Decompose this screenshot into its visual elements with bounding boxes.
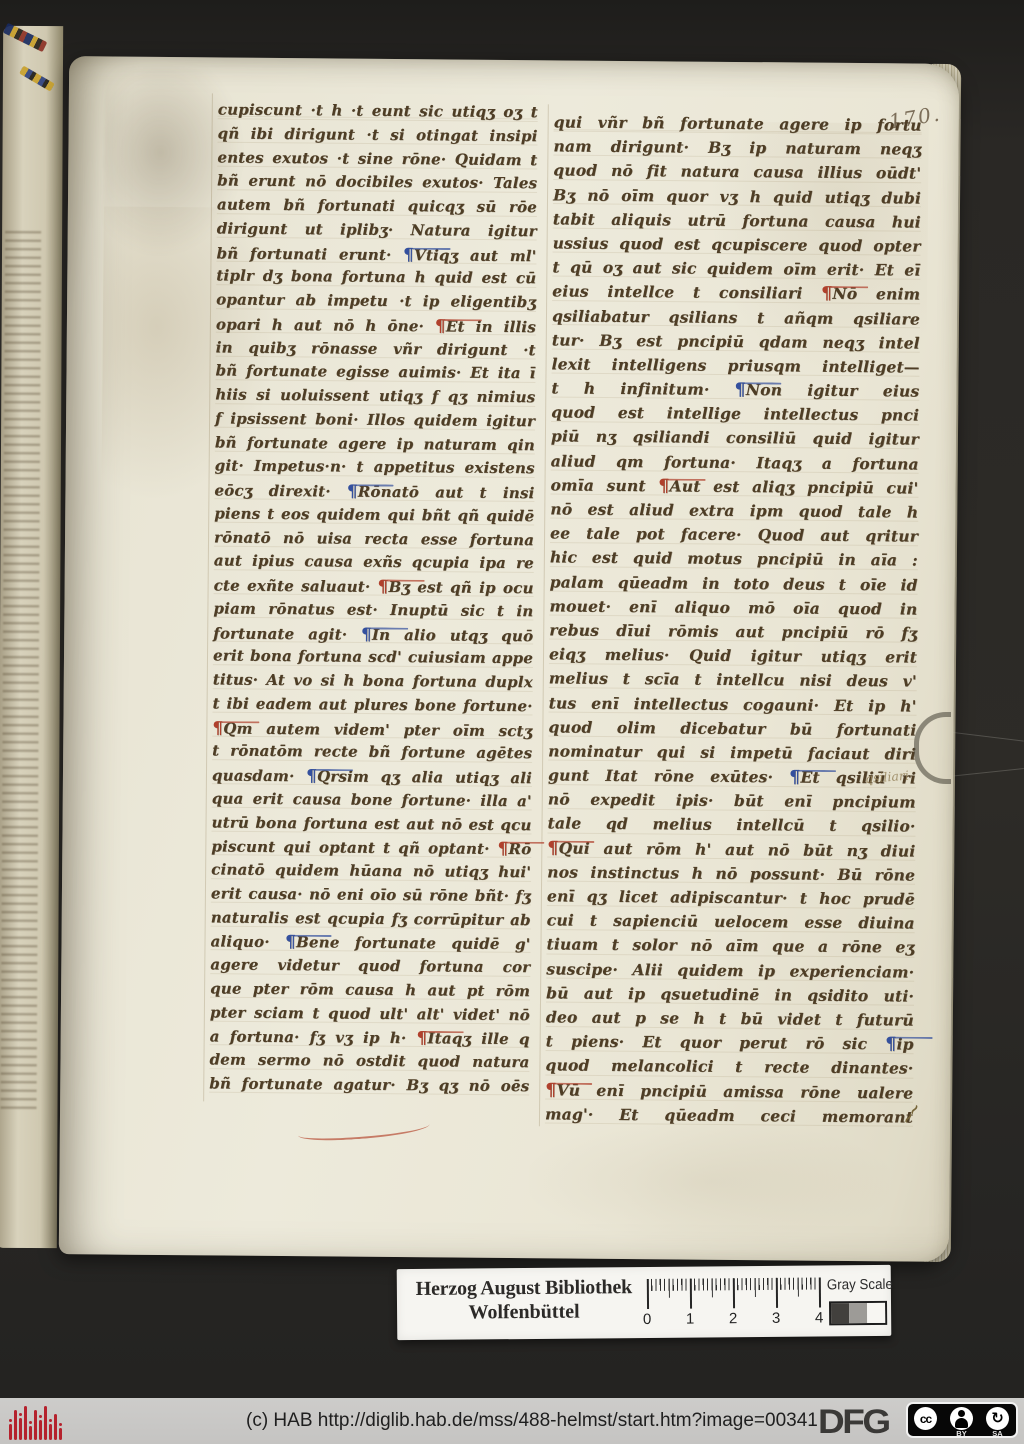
manuscript-line: nominatur qui si impetū faciaut diri <box>548 739 916 766</box>
text-run: piens t eos quidem qui bñt qñ quidē <box>214 504 534 525</box>
red-pilcrow-mark: ¶ <box>416 1027 427 1047</box>
text-run: t qū oʒ aut sic quidem oīm erit· Et eī <box>552 257 920 279</box>
hab-logo-bar <box>9 1402 12 1440</box>
text-run: Aut est aliqʒ pncipiū cui' <box>669 476 918 497</box>
sa-arrow-icon: ↻ <box>986 1407 1009 1430</box>
text-run: in quibʒ rōnasse vñr dirigunt ·t <box>216 338 536 359</box>
gray-patch <box>867 1303 885 1323</box>
manuscript-line: eōcʒ direxit· ¶Rōnatō aut t insi <box>214 478 534 505</box>
text-run: fortunate agit· <box>213 624 361 643</box>
manuscript-line: nō expedit ipis· būt enī pncipium <box>548 788 916 815</box>
text-run: omīa sunt <box>550 475 658 495</box>
text-run: deo aut p se h t bū videt t futurū <box>546 1007 914 1029</box>
red-pilcrow-mark: ¶ <box>212 717 223 737</box>
manuscript-scan-stage: 170. cupiscunt ·t h ·t eunt sic utiqʒ oʒ… <box>0 0 1024 1444</box>
manuscript-line: eius intellce t consiliari ¶Nō enim <box>552 280 920 307</box>
manuscript-line: tiuam t solor nō aīm que a rōne eʒ <box>546 933 914 960</box>
dfg-logo: DFG <box>818 1402 889 1442</box>
text-run: Qui aut rōm h' aut nō būt nʒ diui <box>559 838 916 860</box>
text-run: eiqʒ melius· Quid igitur utiqʒ erit <box>549 644 917 666</box>
manuscript-line: mag'· Et qūeadm ceci memorant <box>545 1102 913 1129</box>
text-run: mag'· Et qūeadm ceci memorant <box>545 1104 913 1126</box>
manuscript-line: aut ipius causa exñs qcupia ipa re <box>214 550 534 577</box>
hab-logo <box>9 1398 62 1444</box>
text-run: a fortuna· fʒ vʒ ip h· <box>210 1028 417 1048</box>
hab-logo-bar <box>19 1402 22 1440</box>
text-run: nō est aliud extra ipm quod tale h <box>550 499 918 521</box>
red-pilcrow-mark: ¶ <box>497 838 508 858</box>
ruler-number: 4 <box>811 1309 827 1326</box>
text-run: cte exñte saluaut· <box>214 576 378 595</box>
manuscript-line: mouet· enī aliquo mō oīa quod in <box>549 594 917 621</box>
manuscript-line: enī qʒ licet adipiscantur· t hoc prudē <box>547 884 915 911</box>
text-run: aliud qm fortuna· Itaqʒ a fortuna <box>551 451 919 473</box>
manuscript-line: Bʒ nō oīm quor vʒ h quid utiqʒ dubi <box>553 183 921 210</box>
manuscript-line: qñ ibi dirigunt ·t si otingat insipi <box>217 122 537 149</box>
text-run: Vū enī pncipiū amissa rōne ualere <box>556 1080 913 1102</box>
manuscript-page: 170. cupiscunt ·t h ·t eunt sic utiqʒ oʒ… <box>59 56 959 1262</box>
text-run: cui t sapienciū uelocem esse diuina <box>547 911 915 933</box>
red-pilcrow-mark: ¶ <box>821 284 832 304</box>
manuscript-line: quod est intellige intellectus pnci <box>551 401 919 428</box>
manuscript-line: aliud qm fortuna· Itaqʒ a fortuna <box>551 449 919 476</box>
manuscript-line: ¶Qui aut rōm h' aut nō būt nʒ diui <box>547 836 915 863</box>
ruler-cm-tick <box>733 1278 735 1308</box>
manuscript-left-column: cupiscunt ·t h ·t eunt sic utiqʒ oʒ tqñ … <box>209 98 538 1101</box>
manuscript-line: bū aut ip qsuetudinē in qsidito uti· <box>546 981 914 1008</box>
manuscript-line: t rōnatōm recte bñ fortune agētes <box>212 740 532 767</box>
gray-scale-patches <box>829 1301 887 1326</box>
text-run: t h infinitum· <box>551 378 734 399</box>
institution-name-line1: Herzog August Bibliothek <box>409 1275 639 1301</box>
manuscript-line: dirigunt ut iplibʒ· Natura igitur <box>217 217 537 244</box>
manuscript-line: bñ fortunate egisse auimis· Et ita ī <box>215 360 535 387</box>
hab-logo-bar <box>14 1402 17 1440</box>
ruler-half-tick <box>711 1278 712 1297</box>
manuscript-line: ee tale pot facere· Quod aut qritur <box>550 522 918 549</box>
manuscript-line: quasdam· ¶Qrsim qʒ alia utiqʒ ali <box>212 763 532 790</box>
text-run: entes exutos ·t sine rōne· Quidam t <box>217 148 537 169</box>
manuscript-line: suscipe· Alii quidem ip experienciam· <box>546 957 914 984</box>
text-run: Bʒ nō oīm quor vʒ h quid utiqʒ dubi <box>553 185 921 207</box>
calibration-strip: Herzog August Bibliothek Wolfenbüttel 01… <box>397 1265 892 1340</box>
hab-logo-bar <box>24 1402 27 1440</box>
text-run: tabit aliquis utrū fortuna causa hui <box>553 209 921 231</box>
blue-pilcrow-mark: ¶ <box>347 481 358 501</box>
text-run: t piens· Et quor perut rō sic <box>546 1031 886 1053</box>
text-run: t rōnatōm recte bñ fortune agētes <box>212 742 532 763</box>
text-run: nos instinctus h nō possunt· Bū rōne <box>547 862 915 884</box>
manuscript-line: opari h aut nō h ōne· ¶Et in illis <box>216 312 536 339</box>
text-run: palam qūeadm in toto deus t oīe id <box>550 572 918 594</box>
manuscript-line: in quibʒ rōnasse vñr dirigunt ·t <box>216 336 536 363</box>
text-run: bū aut ip qsuetudinē in qsidito uti· <box>546 983 914 1005</box>
text-run: hic est quid motus pncipiū in aīa : <box>550 548 918 570</box>
manuscript-line: t qū oʒ aut sic quidem oīm erit· Et eī <box>552 255 920 282</box>
red-pilcrow-mark: ¶ <box>378 576 389 596</box>
manuscript-line: fortunate agit· ¶In alio utqʒ quō <box>213 621 533 648</box>
text-run: suscipe· Alii quidem ip experienciam· <box>546 959 914 981</box>
text-run: aliquo· <box>210 933 285 952</box>
manuscript-line: tale qd melius intellcū t qsilio· <box>547 812 915 839</box>
text-run: tale qd melius intellcū t qsilio· <box>547 814 915 836</box>
ruler-number: 1 <box>682 1311 698 1328</box>
text-run: nam dirigunt· Bʒ ip naturam neqʒ <box>553 137 921 159</box>
manuscript-line: tur· Bʒ est pncipiū qdam neqʒ intel <box>552 328 920 355</box>
hab-logo-bar <box>34 1402 37 1440</box>
manuscript-line: piscunt qui optant t qñ optant· ¶Rō <box>211 835 531 862</box>
manuscript-line: bñ fortunate agere ip naturam qin <box>215 431 535 458</box>
manuscript-line: cte exñte saluaut· ¶Bʒ est qñ ip ocu <box>214 573 534 600</box>
text-run: cinatō quidem hūana nō utiqʒ hui' <box>211 860 531 881</box>
text-run: quod olim dicebatur bū fortunati <box>548 717 916 739</box>
manuscript-line: lexit intelligens priusqm intelliget— <box>551 352 919 379</box>
blue-pilcrow-mark: ¶ <box>306 765 317 785</box>
text-run: erit bona fortuna scd' cuiusiam appe <box>213 647 533 668</box>
ruler-half-tick <box>668 1279 669 1298</box>
manuscript-line: hiis si uoluissent utiqʒ f qʒ nimius <box>215 383 535 410</box>
hab-logo-bar <box>39 1402 42 1440</box>
manuscript-line: piam rōnatus est· Inuptū sic t in <box>213 597 533 624</box>
manuscript-line: qua erit causa bone fortune· illa a' <box>212 787 532 814</box>
thread-artifact <box>948 768 1024 777</box>
text-run: utrū bona fortuna est aut nō est qcu <box>211 813 531 834</box>
manuscript-line: erit causa· nō eni oīo sū rōne bñt· fʒ <box>211 882 531 909</box>
parchment-stain <box>529 1120 890 1243</box>
text-run: tus enī intellectus cogauni· Et ip h' <box>549 693 917 715</box>
red-pilcrow-mark: ¶ <box>658 476 669 496</box>
manuscript-line: git· Impetus·n· t appetitus existens <box>215 455 535 482</box>
text-run: quasdam· <box>212 766 306 785</box>
text-run: git· Impetus·n· t appetitus existens <box>215 457 535 478</box>
text-run: quod est intellige intellectus pnci <box>551 403 919 425</box>
manuscript-line: piū nʒ qsiliandi consiliū quid igitur <box>551 425 919 452</box>
manuscript-line: omīa sunt ¶Aut est aliqʒ pncipiū cui' <box>550 473 918 500</box>
thread-artifact <box>948 731 1024 741</box>
ruler-half-tick <box>797 1278 798 1297</box>
text-run: Qm autem videm' pter oīm sctʒ <box>223 719 532 740</box>
red-pilcrow-mark: ¶ <box>435 315 446 335</box>
manuscript-line: cui t sapienciū uelocem esse diuina <box>547 909 915 936</box>
manuscript-line: t ibi eadem aut plures bone fortune· <box>212 692 532 719</box>
text-run: bñ fortunate agere ip naturam qin <box>215 433 535 454</box>
manuscript-line: t piens· Et quor perut rō sic ¶ip <box>546 1029 914 1056</box>
manuscript-line: ussius quod est qcupiscere quod opter <box>553 231 921 258</box>
manuscript-line: piens t eos quidem qui bñt qñ quidē <box>214 502 534 529</box>
text-run: aut ipius causa exñs qcupia ipa re <box>214 552 534 573</box>
manuscript-line: gunt Itat rōne exūtes· ¶Et qsiliū ri <box>548 763 916 790</box>
manuscript-line: qsiliabatur qsilians t añqm qsiliare <box>552 304 920 331</box>
text-run: qua erit causa bone fortune· illa a' <box>212 789 532 810</box>
text-run: opantur ab impetu ·t ip eligentibʒ <box>216 290 536 311</box>
manuscript-line: a fortuna· fʒ vʒ ip h· ¶Itaqʒ ille q <box>210 1025 530 1052</box>
facing-page-text-showthrough <box>1 231 42 1111</box>
text-run: naturalis est qcupia fʒ corrūpitur ab <box>211 908 531 929</box>
text-run: quod melancolici t recte dinantes· <box>545 1056 913 1078</box>
manuscript-line: utrū bona fortuna est aut nō est qcu <box>211 811 531 838</box>
manuscript-line: agere videtur quod fortuna cor <box>210 953 530 980</box>
text-run: nominatur qui si impetū faciaut diri <box>548 741 916 763</box>
text-run: quod nō fit natura causa illius oūdt' <box>553 161 921 183</box>
text-run: rebus dīui rōmis aut pncipiū rō fʒ <box>549 620 917 642</box>
facing-page-edge <box>0 26 63 1248</box>
footer-bar: (c) HAB http://diglib.hab.de/mss/488-hel… <box>0 1398 1024 1444</box>
ruler-cm-tick <box>776 1278 778 1308</box>
cc-by-sa-badge: cc ↻ BY SA <box>906 1402 1018 1438</box>
blue-pilcrow-mark: ¶ <box>403 244 414 264</box>
institution-name: Herzog August Bibliothek Wolfenbüttel <box>409 1275 639 1325</box>
red-pilcrow-mark: ¶ <box>545 1080 556 1100</box>
hab-logo-bar <box>49 1402 52 1440</box>
pen-flourish <box>297 1117 430 1143</box>
manuscript-line: t h infinitum· ¶Non igitur eius <box>551 376 919 403</box>
ruler-cm-tick <box>819 1277 821 1307</box>
text-run: mouet· enī aliquo mō oīa quod in <box>549 596 917 618</box>
text-run: piscunt qui optant t qñ optant· <box>211 838 497 858</box>
ruler-number: 3 <box>768 1310 784 1327</box>
manuscript-line: eiqʒ melius· Quid igitur utiqʒ erit <box>549 642 917 669</box>
blue-pilcrow-mark: ¶ <box>285 931 296 951</box>
text-run: lexit intelligens priusqm intelliget— <box>551 354 919 376</box>
illumination-fragment-icon <box>3 23 47 52</box>
manuscript-line: rōnatō nō uisa recta esse fortuna <box>214 526 534 553</box>
blue-pilcrow-mark: ¶ <box>885 1034 896 1054</box>
hab-logo-bar <box>59 1402 62 1440</box>
by-label: BY <box>950 1429 973 1438</box>
text-run: tiplr dʒ bona fortuna h quid est cū <box>216 267 536 288</box>
manuscript-line: tabit aliquis utrū fortuna causa hui <box>553 207 921 234</box>
text-run: tiuam t solor nō aīm que a rōne eʒ <box>546 935 914 957</box>
text-run: eōcʒ direxit· <box>214 481 347 500</box>
manuscript-line: aliquo· ¶Bene fortunate quidē g' <box>210 930 530 957</box>
text-run: agere videtur quod fortuna cor <box>210 955 530 976</box>
manuscript-line: hic est quid motus pncipiū in aīa : <box>550 546 918 573</box>
text-run: opari h aut nō h ōne· <box>216 315 435 335</box>
text-run: enī qʒ licet adipiscantur· t hoc prudē <box>547 886 915 908</box>
text-run: hiis si uoluissent utiqʒ f qʒ nimius <box>215 385 535 406</box>
gray-scale-label: Gray Scale <box>827 1277 882 1293</box>
text-run: tur· Bʒ est pncipiū qdam neqʒ intel <box>552 330 920 352</box>
text-run: eius intellce t consiliari <box>552 282 821 303</box>
manuscript-line: erit bona fortuna scd' cuiusiam appe <box>213 645 533 672</box>
institution-name-line2: Wolfenbüttel <box>409 1299 639 1325</box>
text-run: qñ ibi dirigunt ·t si otingat insipi <box>217 124 537 145</box>
manuscript-line: quod olim dicebatur bū fortunati <box>548 715 916 742</box>
hab-logo-bar <box>29 1402 32 1440</box>
text-run: t ibi eadem aut plures bone fortune· <box>213 694 533 715</box>
manuscript-line: que pter rōm causa h aut pt rōm <box>210 977 530 1004</box>
manuscript-line: cinatō quidem hūana nō utiqʒ hui' <box>211 858 531 885</box>
illumination-fragment-icon <box>19 66 55 92</box>
manuscript-line: entes exutos ·t sine rōne· Quidam t <box>217 146 537 173</box>
manuscript-line: palam qūeadm in toto deus t oīe id <box>550 570 918 597</box>
manuscript-line: naturalis est qcupia fʒ corrūpitur ab <box>211 906 531 933</box>
text-run: erit causa· nō eni oīo sū rōne bñt· fʒ <box>211 884 531 905</box>
manuscript-line: deo aut p se h t bū videt t futurū <box>546 1005 914 1032</box>
text-run: gunt Itat rōne exūtes· <box>548 765 789 786</box>
manuscript-line: quod melancolici t recte dinantes· <box>545 1054 913 1081</box>
text-run: bñ fortunati erunt· <box>216 244 403 264</box>
manuscript-line: opantur ab impetu ·t ip eligentibʒ <box>216 288 536 315</box>
text-run: cupiscunt ·t h ·t eunt sic utiqʒ oʒ t <box>218 100 538 121</box>
text-run: titus· At vo si h bona fortuna duplx <box>213 670 533 691</box>
cc-icon: cc <box>914 1407 937 1430</box>
manuscript-line: ¶Vū enī pncipiū amissa rōne ualere <box>545 1078 913 1105</box>
ruler-cm-tick <box>647 1279 649 1309</box>
text-run: melius t scīa t intellcu nisi deus v' <box>549 669 917 691</box>
text-run: qui vñr bñ fortunate agere ip fortu <box>554 112 922 134</box>
manuscript-line: nam dirigunt· Bʒ ip naturam neqʒ <box>553 135 921 162</box>
gray-scale-block: Gray Scale <box>827 1277 887 1294</box>
text-run: piam rōnatus est· Inuptū sic t in <box>213 599 533 620</box>
gray-patch <box>831 1303 849 1323</box>
manuscript-line: bñ fortunate agatur· Bʒ qʒ nō oēs <box>209 1072 529 1099</box>
text-run: rōnatō nō uisa recta esse fortuna <box>214 528 534 549</box>
manuscript-line: pter sciam t quod ult' alt' videt' nō <box>210 1001 530 1028</box>
text-run: bñ fortunate egisse auimis· Et ita ī <box>215 362 535 383</box>
manuscript-line: dem sermo nō ostdit quod natura <box>209 1048 529 1075</box>
ruler-number: 0 <box>639 1311 655 1328</box>
text-run: piū nʒ qsiliandi consiliū quid igitur <box>551 427 919 449</box>
text-run: nō expedit ipis· būt enī pncipium <box>548 790 916 812</box>
ruler-number: 2 <box>725 1310 741 1327</box>
text-run: ee tale pot facere· Quod aut qritur <box>550 524 918 546</box>
manuscript-line: nos instinctus h nō possunt· Bū rōne <box>547 860 915 887</box>
blue-pilcrow-mark: ¶ <box>361 623 372 643</box>
red-pilcrow-mark: ¶ <box>547 838 558 858</box>
manuscript-line: nō est aliud extra ipm quod tale h <box>550 497 918 524</box>
manuscript-right-column: qui vñr bñ fortunate agere ip fortunam d… <box>545 110 922 1131</box>
manuscript-line: melius t scīa t intellcu nisi deus v' <box>549 667 917 694</box>
hab-logo-bar <box>54 1402 57 1440</box>
text-run: pter sciam t quod ult' alt' videt' nō <box>210 1003 530 1024</box>
sa-label: SA <box>986 1429 1009 1438</box>
manuscript-line: quod nō fit natura causa illius oūdt' <box>553 159 921 186</box>
manuscript-line: ¶Qm autem videm' pter oīm sctʒ <box>212 716 532 743</box>
copyright-url-text: (c) HAB http://diglib.hab.de/mss/488-hel… <box>246 1398 818 1444</box>
text-run: bñ fortunate agatur· Bʒ qʒ nō oēs <box>209 1074 529 1095</box>
text-run: qsiliabatur qsilians t añqm qsiliare <box>552 306 920 328</box>
text-run: ussius quod est qcupiscere quod opter <box>553 233 921 255</box>
manuscript-line: cupiscunt ·t h ·t eunt sic utiqʒ oʒ t <box>218 98 538 125</box>
manuscript-line: autem bñ fortunati quicqʒ sū rōe <box>217 193 537 220</box>
hab-logo-bar <box>44 1402 47 1440</box>
text-run: dirigunt ut iplibʒ· Natura igitur <box>217 219 537 240</box>
manuscript-line: f ipsissent boni· Illos quidem igitur <box>215 407 535 434</box>
text-run: dem sermo nō ostdit quod natura <box>209 1050 529 1071</box>
by-person-icon <box>950 1407 973 1430</box>
cm-ruler: 01234 <box>647 1277 825 1333</box>
manuscript-line: qui vñr bñ fortunate agere ip fortu <box>554 110 922 137</box>
blue-pilcrow-mark: ¶ <box>789 768 800 788</box>
manuscript-line: tiplr dʒ bona fortuna h quid est cū <box>216 265 536 292</box>
manuscript-line: bñ fortunati erunt· ¶Vtiqʒ aut ml' <box>216 241 536 268</box>
manuscript-line: rebus dīui rōmis aut pncipiū rō fʒ <box>549 618 917 645</box>
ruler-half-tick <box>754 1278 755 1297</box>
text-run: autem bñ fortunati quicqʒ sū rōe <box>217 195 537 216</box>
gray-patch <box>849 1303 867 1323</box>
text-run: que pter rōm causa h aut pt rōm <box>210 979 530 1000</box>
manuscript-line: titus· At vo si h bona fortuna duplx <box>213 668 533 695</box>
blue-pilcrow-mark: ¶ <box>734 380 745 400</box>
ruler-cm-tick <box>690 1279 692 1309</box>
manuscript-line: bñ erunt nō docibiles exutos· Tales <box>217 170 537 197</box>
text-run: bñ erunt nō docibiles exutos· Tales <box>217 172 537 193</box>
text-run: f ipsissent boni· Illos quidem igitur <box>215 409 535 430</box>
manuscript-line: tus enī intellectus cogauni· Et ip h' <box>549 691 917 718</box>
